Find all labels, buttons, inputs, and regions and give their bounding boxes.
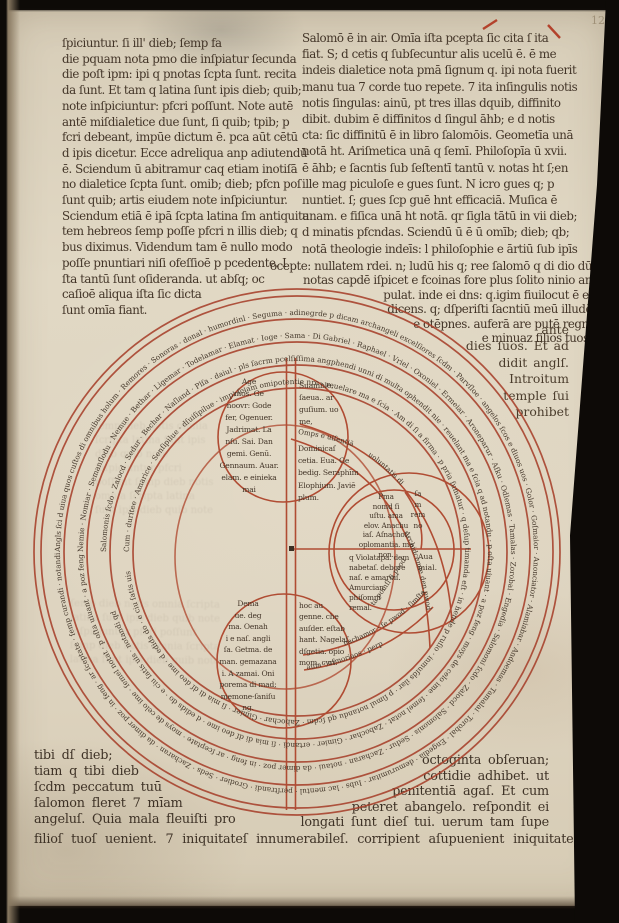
top-circle-left-text: Age mōs. Ge noovr: Gode fer, Ogenuer. Ja…: [212, 376, 286, 496]
bottom-left-text: tibi dſ dieb; tiam q tibi dieb ſcdm pecc…: [34, 748, 236, 828]
margin-gloss: ante dies ſuos. Et ad didit anglſ. Intro…: [466, 322, 569, 420]
manuscript-photo: ſemp dieb notis omnia ſcripta latina ſun…: [0, 0, 619, 923]
top-circle-right-text: Suamble, ſaeua.. ar guſium. uo me,: [299, 380, 359, 428]
right-text-column: Salomō ē in air. Omīa iſta pcepta ſic ci…: [302, 30, 577, 257]
right-circle-sliver-text: ſa m rem no: [406, 489, 430, 531]
bleed-through-text: ſemp dieb notis omnia ſcripta latina ſun…: [70, 597, 221, 669]
bottom-circle-left-text: Dema ue. deg ma. Oenah i e naſ. angli ſa…: [210, 598, 286, 714]
bottom-circle-right-text: hoc au genne. che auſder. eſtab hant. Na…: [299, 600, 363, 668]
bottom-full-width-line: filioſ tuoſ uenient. 7 iniquitateſ innum…: [34, 832, 590, 847]
bottom-right-text: octoginta obſeruan; cottidie adhibet. ut…: [300, 753, 549, 831]
folio-number: 12: [591, 14, 605, 27]
bleed-through-text: ſemp dieb notis omnia ſcripta latina ſun…: [95, 420, 215, 518]
crescent-text: Aua mial.: [418, 551, 454, 573]
